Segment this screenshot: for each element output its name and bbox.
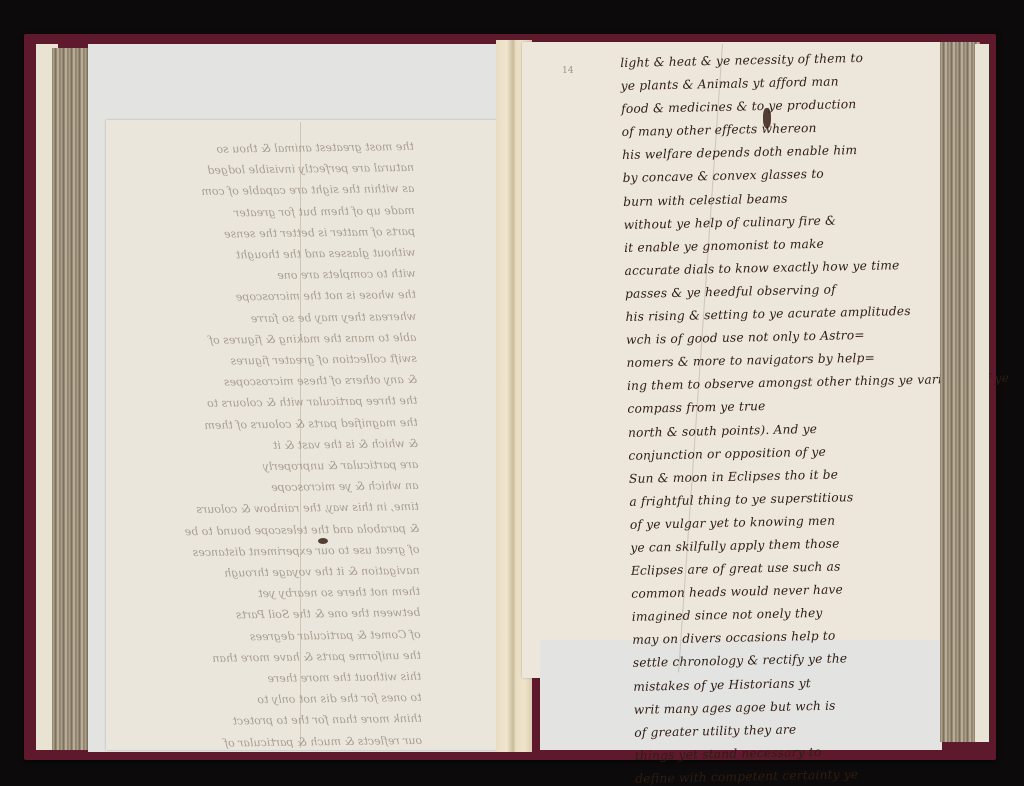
right-flyleaf — [975, 44, 989, 742]
right-page-edges — [940, 42, 980, 742]
folio-number: 14 — [562, 66, 573, 76]
left-page-mirrored-text: the most greatest animal & thou so natur… — [114, 136, 423, 755]
left-page-edges — [52, 48, 88, 750]
right-page-text: light & heat & ye necessity of them to y… — [620, 46, 945, 786]
left-line: our reflects & much & particular of — [122, 730, 422, 755]
ink-blot — [318, 538, 328, 544]
